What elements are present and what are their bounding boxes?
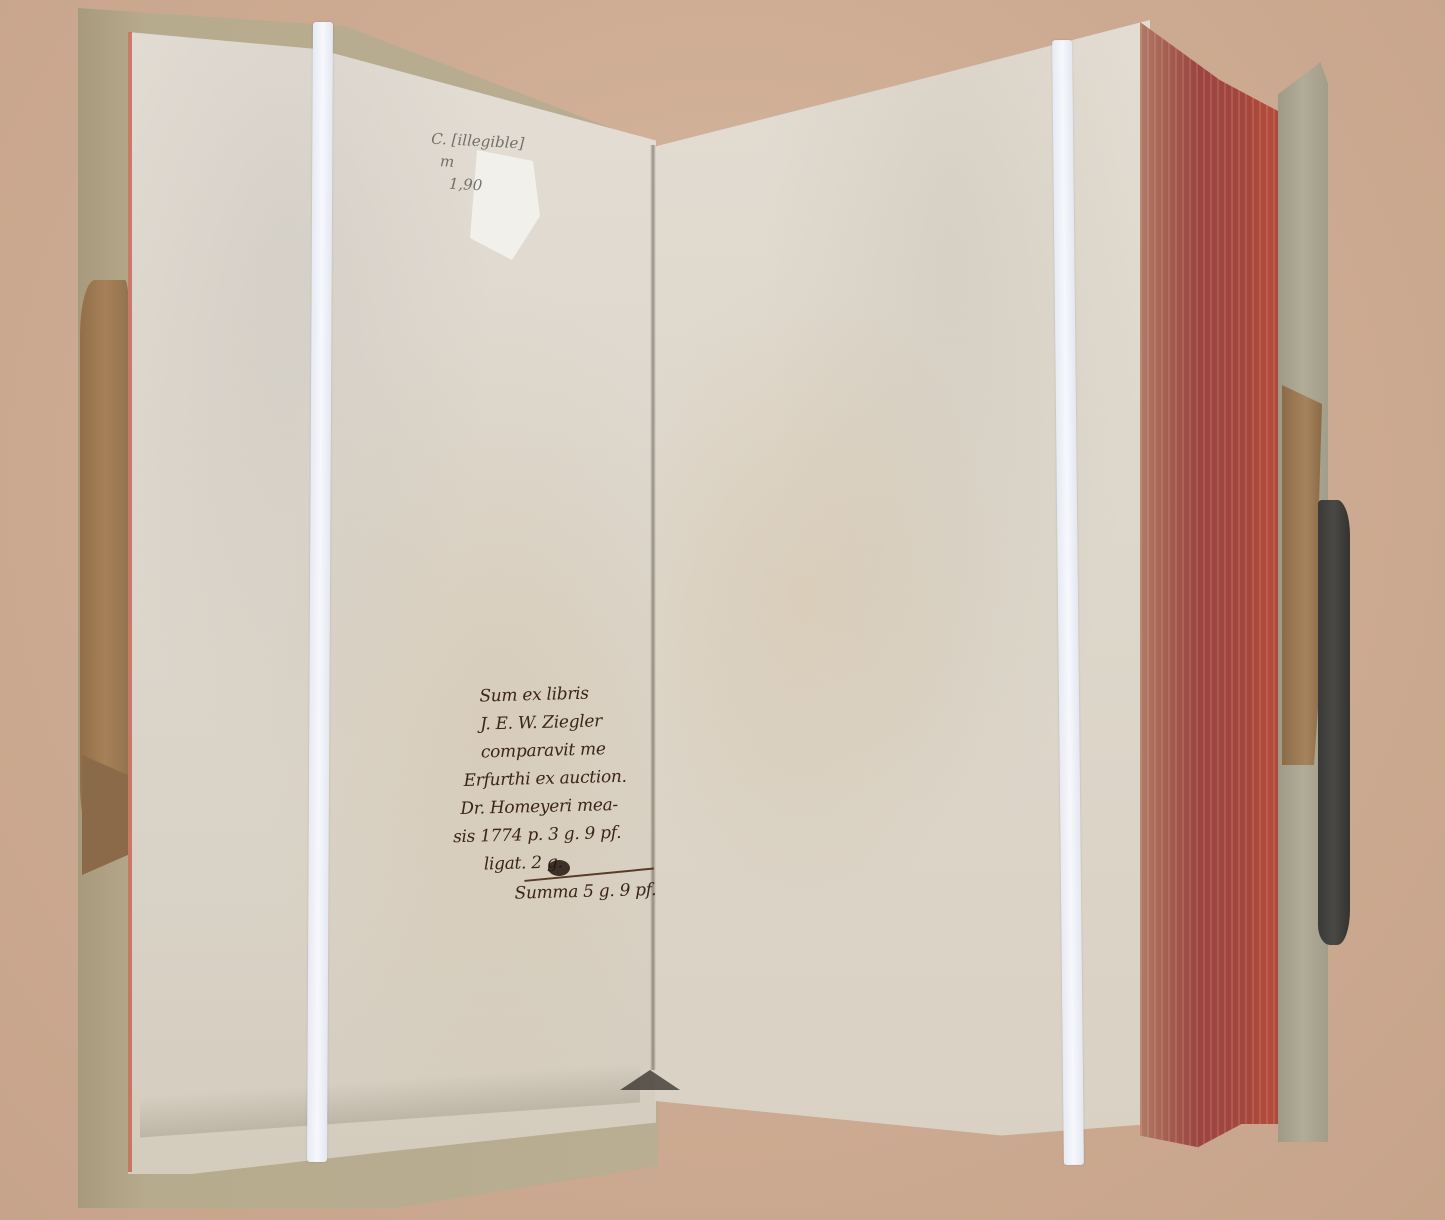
left-red-edge [128, 32, 132, 1172]
ink-blot [548, 860, 570, 876]
leather-clasp-strap [1318, 500, 1350, 945]
red-page-edges [1140, 22, 1285, 1182]
ex-libris-inscription: Sum ex libris J. E. W. Ziegler comparavi… [479, 678, 675, 909]
left-pastedown-page [128, 32, 656, 1174]
pencil-annotation: C. [illegible] m 1,90 [428, 128, 524, 199]
inscription-line-7: ligat. 2 g. [483, 845, 674, 878]
right-cover-torn-vellum [1282, 385, 1322, 765]
left-cover-torn-vellum [80, 280, 130, 840]
book-gutter [650, 145, 656, 1070]
